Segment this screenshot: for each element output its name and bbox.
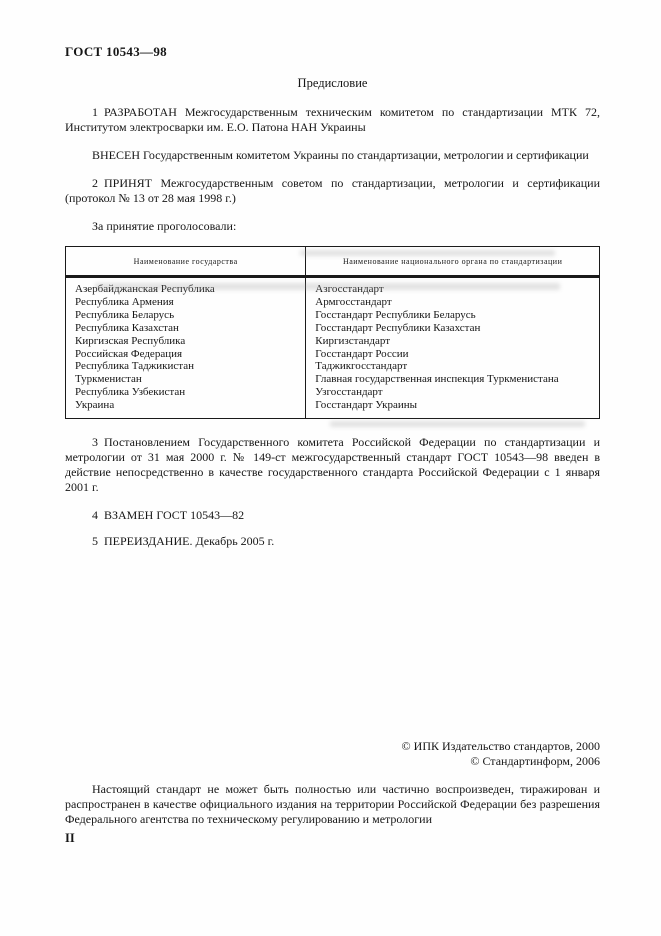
table-cell: Госстандарт Республики Беларусь: [306, 309, 600, 322]
clause-adopted: 2 ПРИНЯТ Межгосударственным советом по с…: [65, 176, 600, 206]
table-cell: Армгосстандарт: [306, 296, 600, 309]
column-header-body: Наименование национального органа по ста…: [306, 247, 600, 277]
table-cell: Республика Беларусь: [66, 309, 306, 322]
table-row: Республика КазахстанГосстандарт Республи…: [66, 322, 600, 335]
table-row: Республика ТаджикистанТаджикгосстандарт: [66, 360, 600, 373]
table-cell: Киргизстандарт: [306, 335, 600, 348]
legal-notice: Настоящий стандарт не может быть полност…: [65, 782, 600, 827]
table-cell: Республика Армения: [66, 296, 306, 309]
copyright-line: © Стандартинформ, 2006: [65, 754, 600, 769]
table-cell: Республика Казахстан: [66, 322, 306, 335]
clause-submitted: ВНЕСЕН Государственным комитетом Украины…: [65, 148, 600, 163]
table-cell: Госстандарт Украины: [306, 399, 600, 418]
table-cell: Республика Таджикистан: [66, 360, 306, 373]
vote-table: Наименование государства Наименование на…: [65, 246, 600, 419]
table-row: Киргизская РеспубликаКиргизстандарт: [66, 335, 600, 348]
table-cell: Азгосстандарт: [306, 277, 600, 296]
table-row: Республика УзбекистанУзгосстандарт: [66, 386, 600, 399]
column-header-state: Наименование государства: [66, 247, 306, 277]
preface-title: Предисловие: [65, 76, 600, 91]
scan-bleed-artifact: [330, 421, 585, 427]
table-row: УкраинаГосстандарт Украины: [66, 399, 600, 418]
clause-reissue: 5 ПЕРЕИЗДАНИЕ. Декабрь 2005 г.: [65, 534, 600, 549]
table-cell: Туркменистан: [66, 373, 306, 386]
clause-replaces: 4 ВЗАМЕН ГОСТ 10543—82: [65, 508, 600, 523]
copyright-line: © ИПК Издательство стандартов, 2000: [65, 739, 600, 754]
clause-enacted: 3 Постановлением Государственного комите…: [65, 435, 600, 495]
document-page: ГОСТ 10543—98 Предисловие 1 РАЗРАБОТАН М…: [0, 0, 661, 936]
table-cell: Узгосстандарт: [306, 386, 600, 399]
table-cell: Таджикгосстандарт: [306, 360, 600, 373]
table-cell: Украина: [66, 399, 306, 418]
table-row: ТуркменистанГлавная государственная инсп…: [66, 373, 600, 386]
table-cell: Республика Узбекистан: [66, 386, 306, 399]
copyright-block: © ИПК Издательство стандартов, 2000 © Ст…: [65, 739, 600, 769]
vote-table-header: Наименование государства Наименование на…: [66, 247, 600, 277]
vote-table-body: Азербайджанская РеспубликаАзгосстандартР…: [66, 277, 600, 419]
table-row: Республика БеларусьГосстандарт Республик…: [66, 309, 600, 322]
table-row: Республика АрменияАрмгосстандарт: [66, 296, 600, 309]
vote-intro: За принятие проголосовали:: [65, 219, 600, 234]
table-row: Азербайджанская РеспубликаАзгосстандарт: [66, 277, 600, 296]
table-row: Российская ФедерацияГосстандарт России: [66, 348, 600, 361]
doc-code: ГОСТ 10543—98: [65, 44, 600, 59]
table-cell: Госстандарт Республики Казахстан: [306, 322, 600, 335]
table-cell: Российская Федерация: [66, 348, 306, 361]
clause-developed: 1 РАЗРАБОТАН Межгосударственным техничес…: [65, 105, 600, 135]
table-cell: Киргизская Республика: [66, 335, 306, 348]
table-cell: Главная государственная инспекция Туркме…: [306, 373, 600, 386]
table-cell: Азербайджанская Республика: [66, 277, 306, 296]
table-cell: Госстандарт России: [306, 348, 600, 361]
page-number: II: [65, 831, 600, 846]
